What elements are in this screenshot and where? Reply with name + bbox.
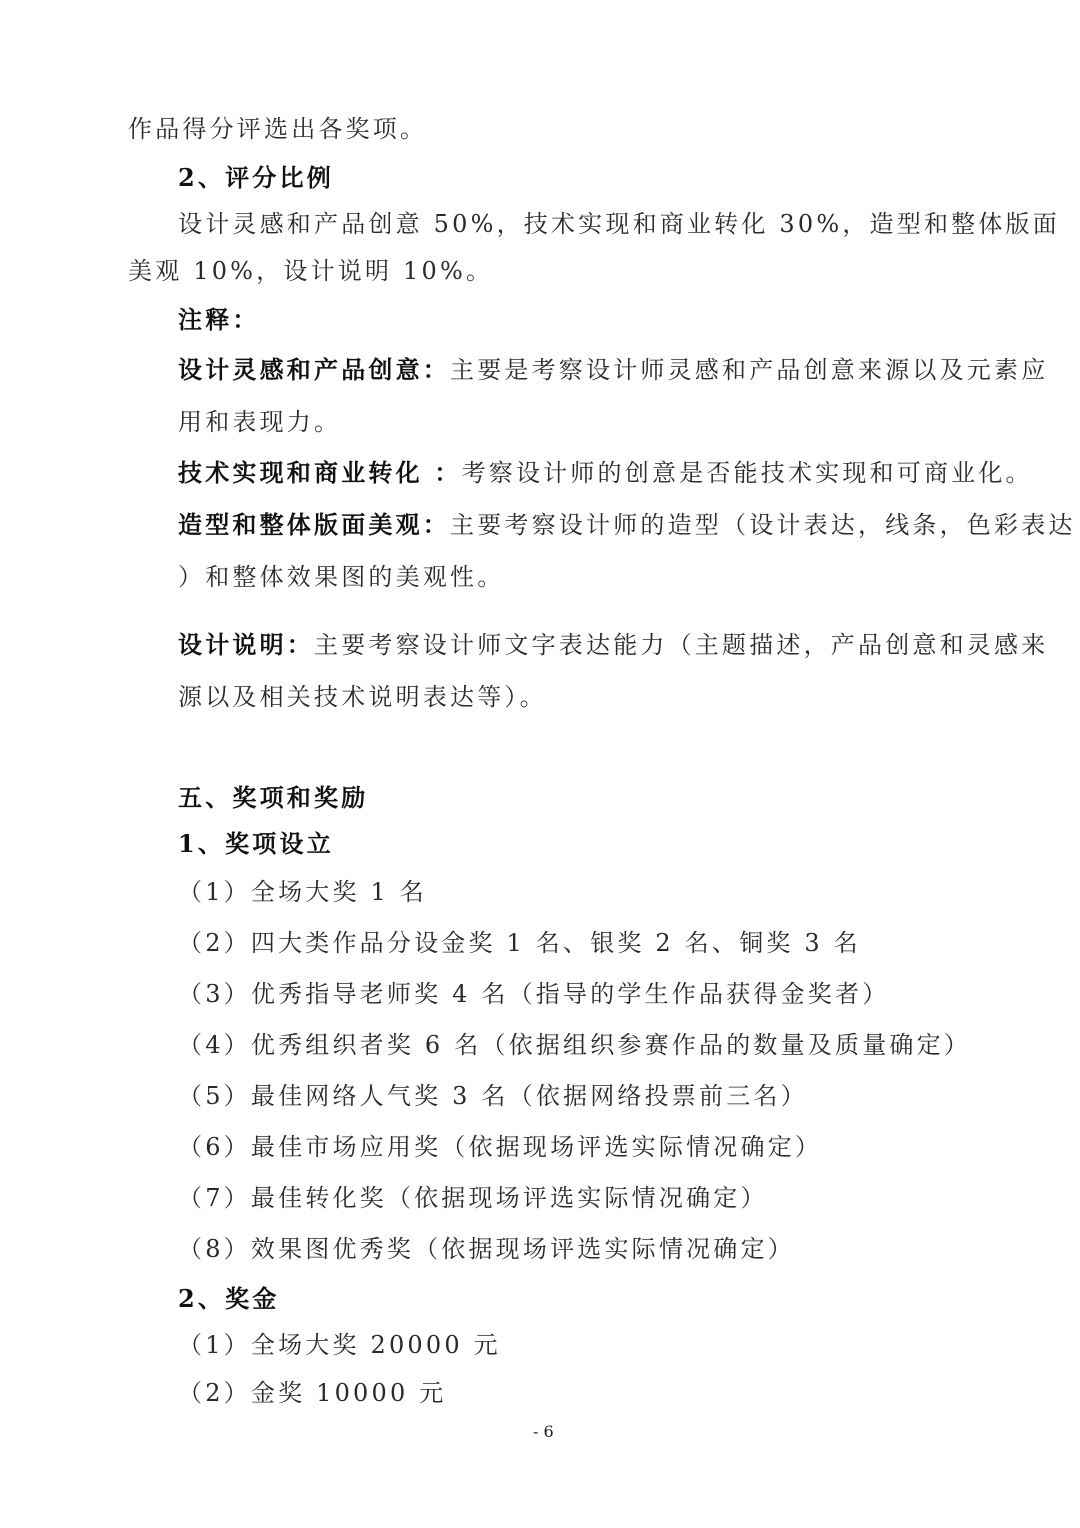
note-styling-layout: 造型和整体版面美观：主要考察设计师的造型（设计表达，线条，色彩表达 xyxy=(178,510,1076,540)
heading-award-setup: 1、奖项设立 xyxy=(178,829,334,859)
notes-title: 注释： xyxy=(178,305,260,335)
heading-scoring-ratio: 2、评分比例 xyxy=(178,163,334,193)
note-text: 主要考察设计师的造型（设计表达，线条，色彩表达 xyxy=(450,511,1076,539)
scoring-text-line-1: 设计灵感和产品创意 50%，技术实现和商业转化 30%，造型和整体版面 xyxy=(178,209,1060,239)
award-item: （8）效果图优秀奖（依据现场评选实际情况确定） xyxy=(178,1234,795,1264)
prize-item: （2）金奖 10000 元 xyxy=(178,1378,446,1408)
award-item: （7）最佳转化奖（依据现场评选实际情况确定） xyxy=(178,1183,768,1213)
heading-prize-money: 2、奖金 xyxy=(178,1284,280,1314)
award-item: （1）全场大奖 1 名 xyxy=(178,877,427,907)
section-awards-title: 五、奖项和奖励 xyxy=(178,783,368,813)
note-text: 考察设计师的创意是否能技术实现和可商业化。 xyxy=(462,459,1033,487)
note-tech-commercial: 技术实现和商业转化 ：考察设计师的创意是否能技术实现和可商业化。 xyxy=(178,458,1033,488)
scoring-text-line-2: 美观 10%，设计说明 10%。 xyxy=(128,256,493,286)
prize-item: （1）全场大奖 20000 元 xyxy=(178,1330,501,1360)
note-label: 设计说明： xyxy=(178,630,314,659)
note-styling-layout-cont: ）和整体效果图的美观性。 xyxy=(178,562,504,592)
page-number: - 6 xyxy=(533,1422,554,1441)
note-text: 主要考察设计师文字表达能力（主题描述，产品创意和灵感来 xyxy=(314,631,1048,659)
award-item: （6）最佳市场应用奖（依据现场评选实际情况确定） xyxy=(178,1132,822,1162)
note-text: 主要是考察设计师灵感和产品创意来源以及元素应 xyxy=(450,356,1048,384)
award-item: （2）四大类作品分设金奖 1 名、银奖 2 名、铜奖 3 名 xyxy=(178,928,861,958)
note-design-inspiration: 设计灵感和产品创意：主要是考察设计师灵感和产品创意来源以及元素应 xyxy=(178,355,1048,385)
note-design-description: 设计说明：主要考察设计师文字表达能力（主题描述，产品创意和灵感来 xyxy=(178,630,1048,660)
award-item: （5）最佳网络人气奖 3 名（依据网络投票前三名） xyxy=(178,1081,808,1111)
note-label: 设计灵感和产品创意： xyxy=(178,355,450,384)
note-label: 造型和整体版面美观： xyxy=(178,510,450,539)
award-item: （4）优秀组织者奖 6 名（依据组织参赛作品的数量及质量确定） xyxy=(178,1030,971,1060)
note-design-inspiration-cont: 用和表现力。 xyxy=(178,407,341,437)
paragraph-continuation: 作品得分评选出各奖项。 xyxy=(128,114,427,144)
note-label: 技术实现和商业转化 ： xyxy=(178,458,462,487)
note-design-description-cont: 源以及相关技术说明表达等）。 xyxy=(178,682,547,712)
award-item: （3）优秀指导老师奖 4 名（指导的学生作品获得金奖者） xyxy=(178,979,889,1009)
